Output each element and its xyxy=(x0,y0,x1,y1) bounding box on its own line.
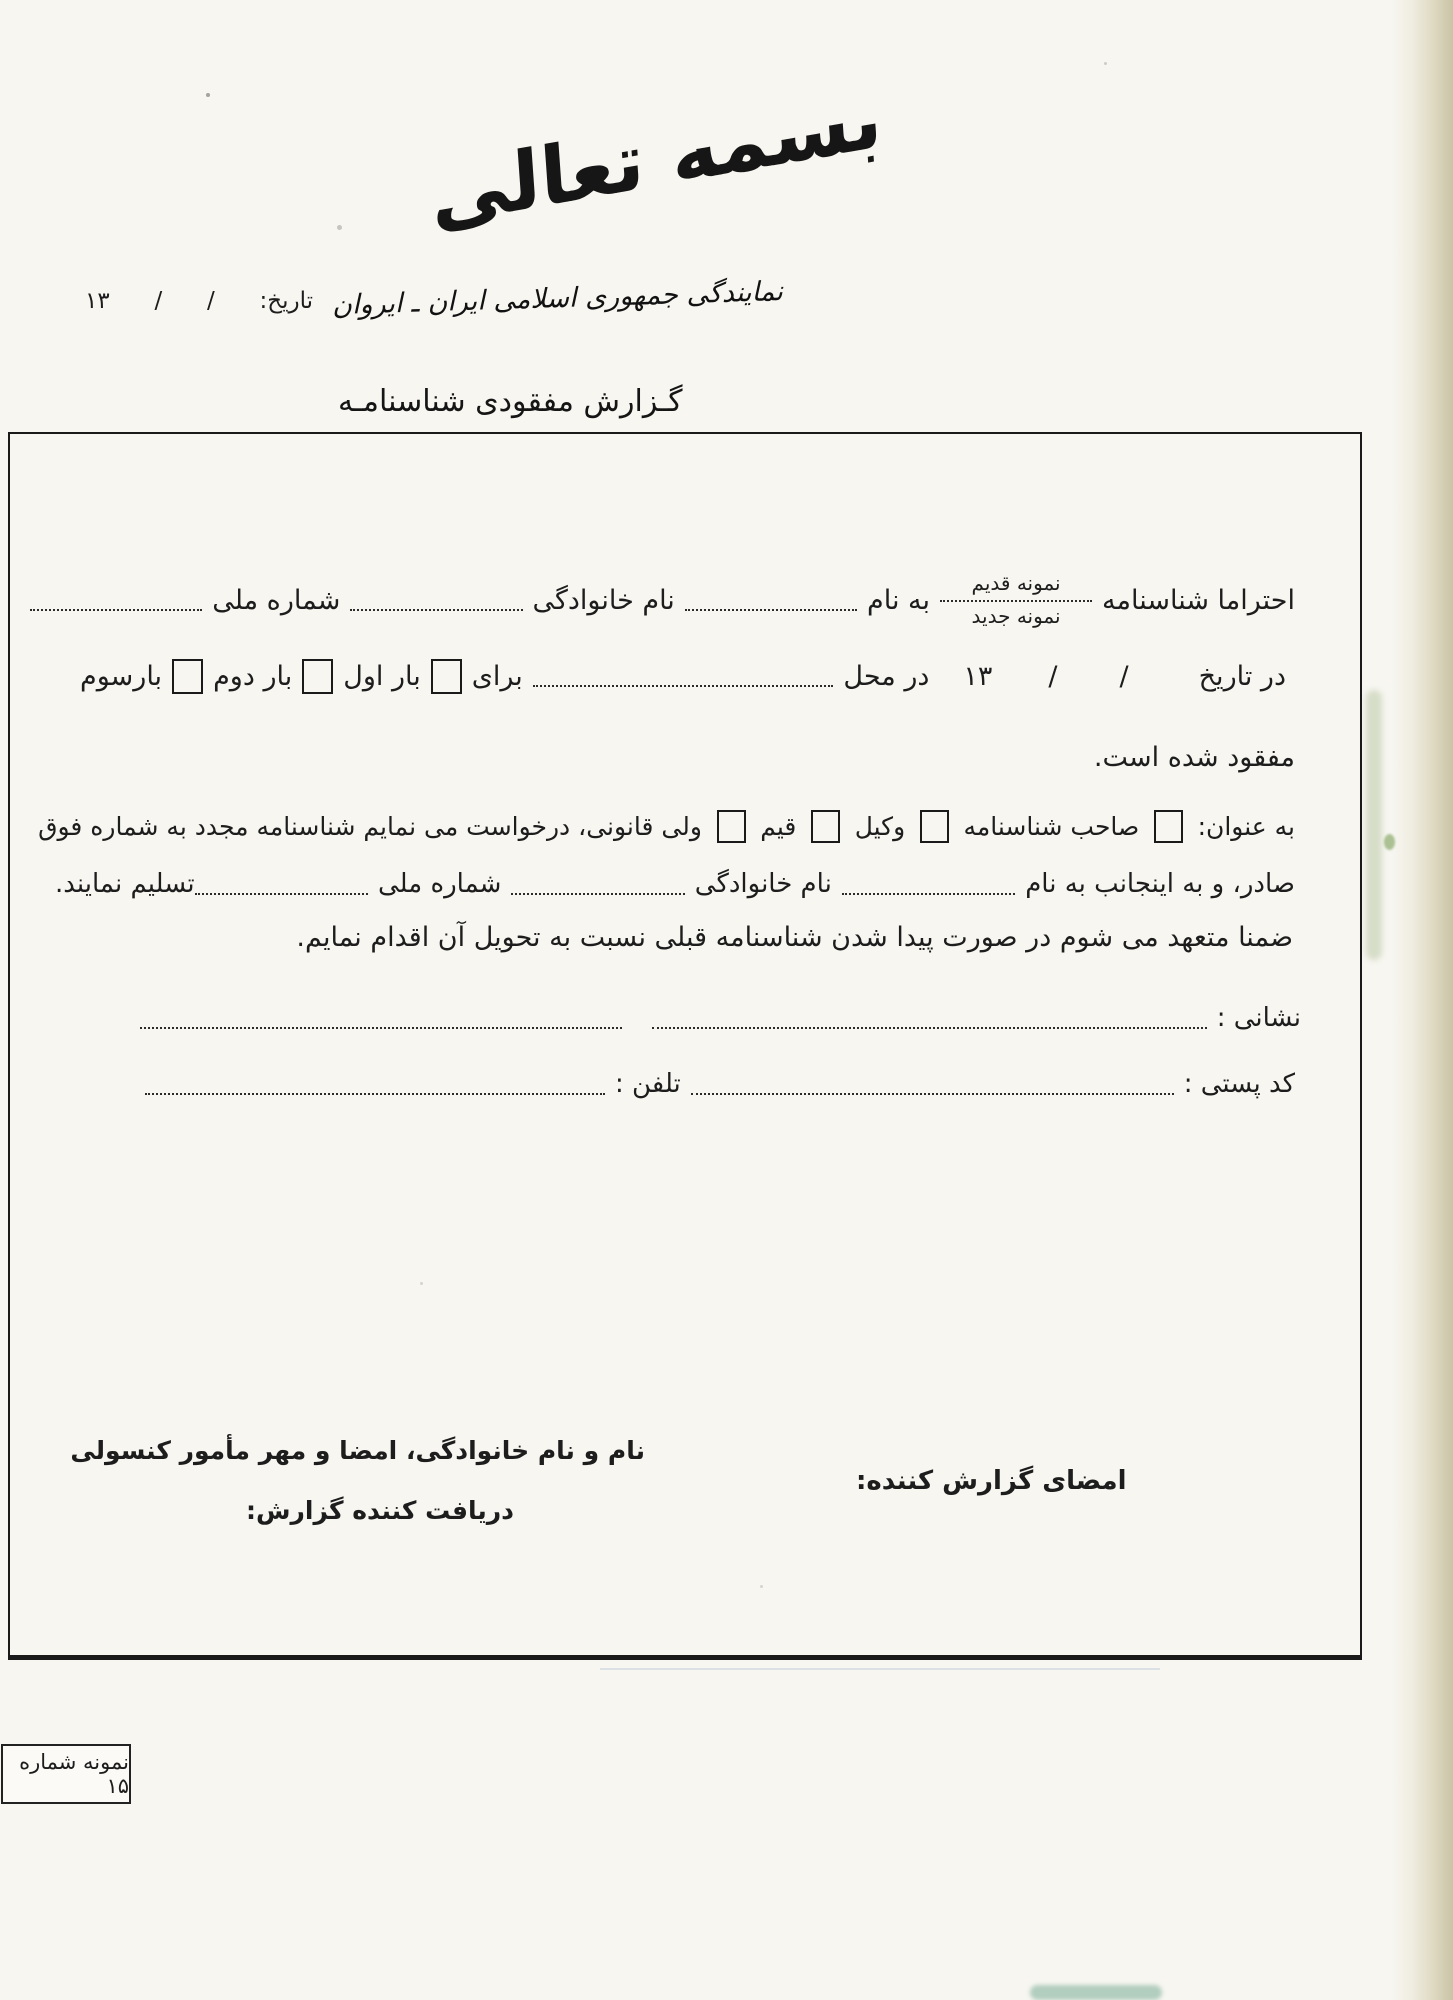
checkbox-owner[interactable] xyxy=(1154,810,1183,843)
address-field-segment-1[interactable] xyxy=(652,1007,1207,1029)
scan-speck xyxy=(206,93,210,97)
bismillah-calligraphy: بسمه تعالی xyxy=(455,75,885,238)
legal-guardian-request-text: ولی قانونی، درخواست می نمایم شناسنامه مج… xyxy=(38,812,702,841)
consular-officer-label-line1: نام و نام خانوادگی، امضا و مهر مأمور کنس… xyxy=(115,1436,645,1465)
phone-label: تلفن : xyxy=(615,1069,681,1099)
scan-smudge-green xyxy=(1366,690,1382,960)
checkbox-second-time[interactable] xyxy=(302,659,333,694)
requester-role-row: به عنوان: صاحب شناسنامه وکیل قیم ولی قان… xyxy=(38,800,1295,852)
recipient-national-id-field[interactable] xyxy=(195,873,368,895)
recipient-first-name-field[interactable] xyxy=(842,873,1015,895)
certificate-number-field[interactable] xyxy=(940,598,1092,602)
checkbox-third-time[interactable] xyxy=(172,659,203,694)
postal-phone-row: کد پستی : تلفن : xyxy=(145,1064,1295,1104)
phone-field[interactable] xyxy=(145,1073,605,1095)
scan-smudge-teal xyxy=(1030,1985,1162,2000)
header-date-row: تاریخ: / / ۱۳ xyxy=(85,284,313,318)
certificate-info-row: احتراما شناسنامه نمونه قدیم نمونه جدید ب… xyxy=(30,552,1295,648)
issued-to-intro: صادر، و به اینجانب به نام xyxy=(1025,869,1295,899)
first-time-label: بار اول xyxy=(343,661,421,692)
lost-statement: مفقود شده است. xyxy=(1094,742,1295,773)
address-field-segment-2[interactable] xyxy=(140,1007,622,1029)
checkbox-guardian[interactable] xyxy=(811,810,840,843)
recipient-national-id-label: شماره ملی xyxy=(378,869,501,899)
form-title: گـزارش مفقودی شناسنامـه xyxy=(338,384,683,419)
scan-edge-shadow xyxy=(1391,0,1453,2000)
date-slash-1: / xyxy=(207,288,215,314)
pledge-text: ضمنا متعهد می شوم در صورت پیدا شدن شناسن… xyxy=(250,922,1293,953)
deliver-text: تسلیم نمایند. xyxy=(55,869,195,899)
national-id-field[interactable] xyxy=(30,589,202,611)
date-label: تاریخ: xyxy=(259,288,313,314)
reporter-signature-label: امضای گزارش کننده: xyxy=(856,1466,1127,1496)
scan-speck xyxy=(337,225,342,230)
old-sample-label: نمونه قدیم xyxy=(972,572,1061,595)
sample-number-text: نمونه شماره ۱۵ xyxy=(3,1750,129,1798)
loss-date-row: در تاریخ / / ۱۳ در محل برای بار اول بار … xyxy=(80,650,1286,702)
scanned-form-page: بسمه تعالی نمایندگی جمهوری اسلامی ایران … xyxy=(0,0,1453,2000)
date-slash-2: / xyxy=(154,288,162,314)
checkbox-first-time[interactable] xyxy=(431,659,462,694)
third-time-label: بارسوم xyxy=(80,661,162,692)
postal-code-label: کد پستی : xyxy=(1184,1069,1295,1099)
incident-date-slash-2: / xyxy=(1048,661,1057,692)
recipient-last-name-label: نام خانوادگی xyxy=(695,869,832,899)
attorney-label: وکیل xyxy=(855,812,905,841)
agency-name-calligraphy: نمایندگی جمهوری اسلامی ایران ـ ایروان xyxy=(338,276,784,321)
scan-speck xyxy=(1104,62,1107,65)
consular-officer-label-line2: دریافت کننده گزارش: xyxy=(115,1496,645,1525)
place-field[interactable] xyxy=(533,665,834,687)
last-name-field[interactable] xyxy=(350,589,522,611)
incident-date-slash-1: / xyxy=(1120,661,1129,692)
sample-number-badge: نمونه شماره ۱۵ xyxy=(1,1744,131,1804)
second-time-label: بار دوم xyxy=(213,661,292,692)
incident-date-label: در تاریخ xyxy=(1199,661,1286,692)
guardian-label: قیم xyxy=(760,812,796,841)
address-label: نشانی : xyxy=(1217,1003,1301,1033)
owner-label: صاحب شناسنامه xyxy=(963,812,1139,841)
first-name-field[interactable] xyxy=(685,589,857,611)
sample-type-stack: نمونه قدیم نمونه جدید xyxy=(940,572,1092,628)
postal-code-field[interactable] xyxy=(691,1073,1174,1095)
intro-label: احتراما شناسنامه xyxy=(1102,585,1295,616)
requester-identity-row: صادر، و به اینجانب به نام نام خانوادگی ش… xyxy=(55,858,1295,910)
scan-smudge-green-dot xyxy=(1384,834,1395,850)
national-id-label: شماره ملی xyxy=(212,585,340,616)
recipient-last-name-field[interactable] xyxy=(511,873,684,895)
for-label: برای xyxy=(472,661,523,692)
date-year-prefix: ۱۳ xyxy=(85,288,110,314)
address-row: نشانی : xyxy=(140,998,1301,1038)
as-label: به عنوان: xyxy=(1198,812,1295,841)
checkbox-attorney[interactable] xyxy=(920,810,949,843)
new-sample-label: نمونه جدید xyxy=(972,605,1061,628)
scan-ghost-line xyxy=(600,1668,1160,1670)
first-name-label: به نام xyxy=(867,585,930,616)
last-name-label: نام خانوادگی xyxy=(533,585,675,616)
place-label: در محل xyxy=(843,661,929,692)
incident-year-prefix: ۱۳ xyxy=(963,661,992,692)
checkbox-legal-guardian[interactable] xyxy=(717,810,746,843)
